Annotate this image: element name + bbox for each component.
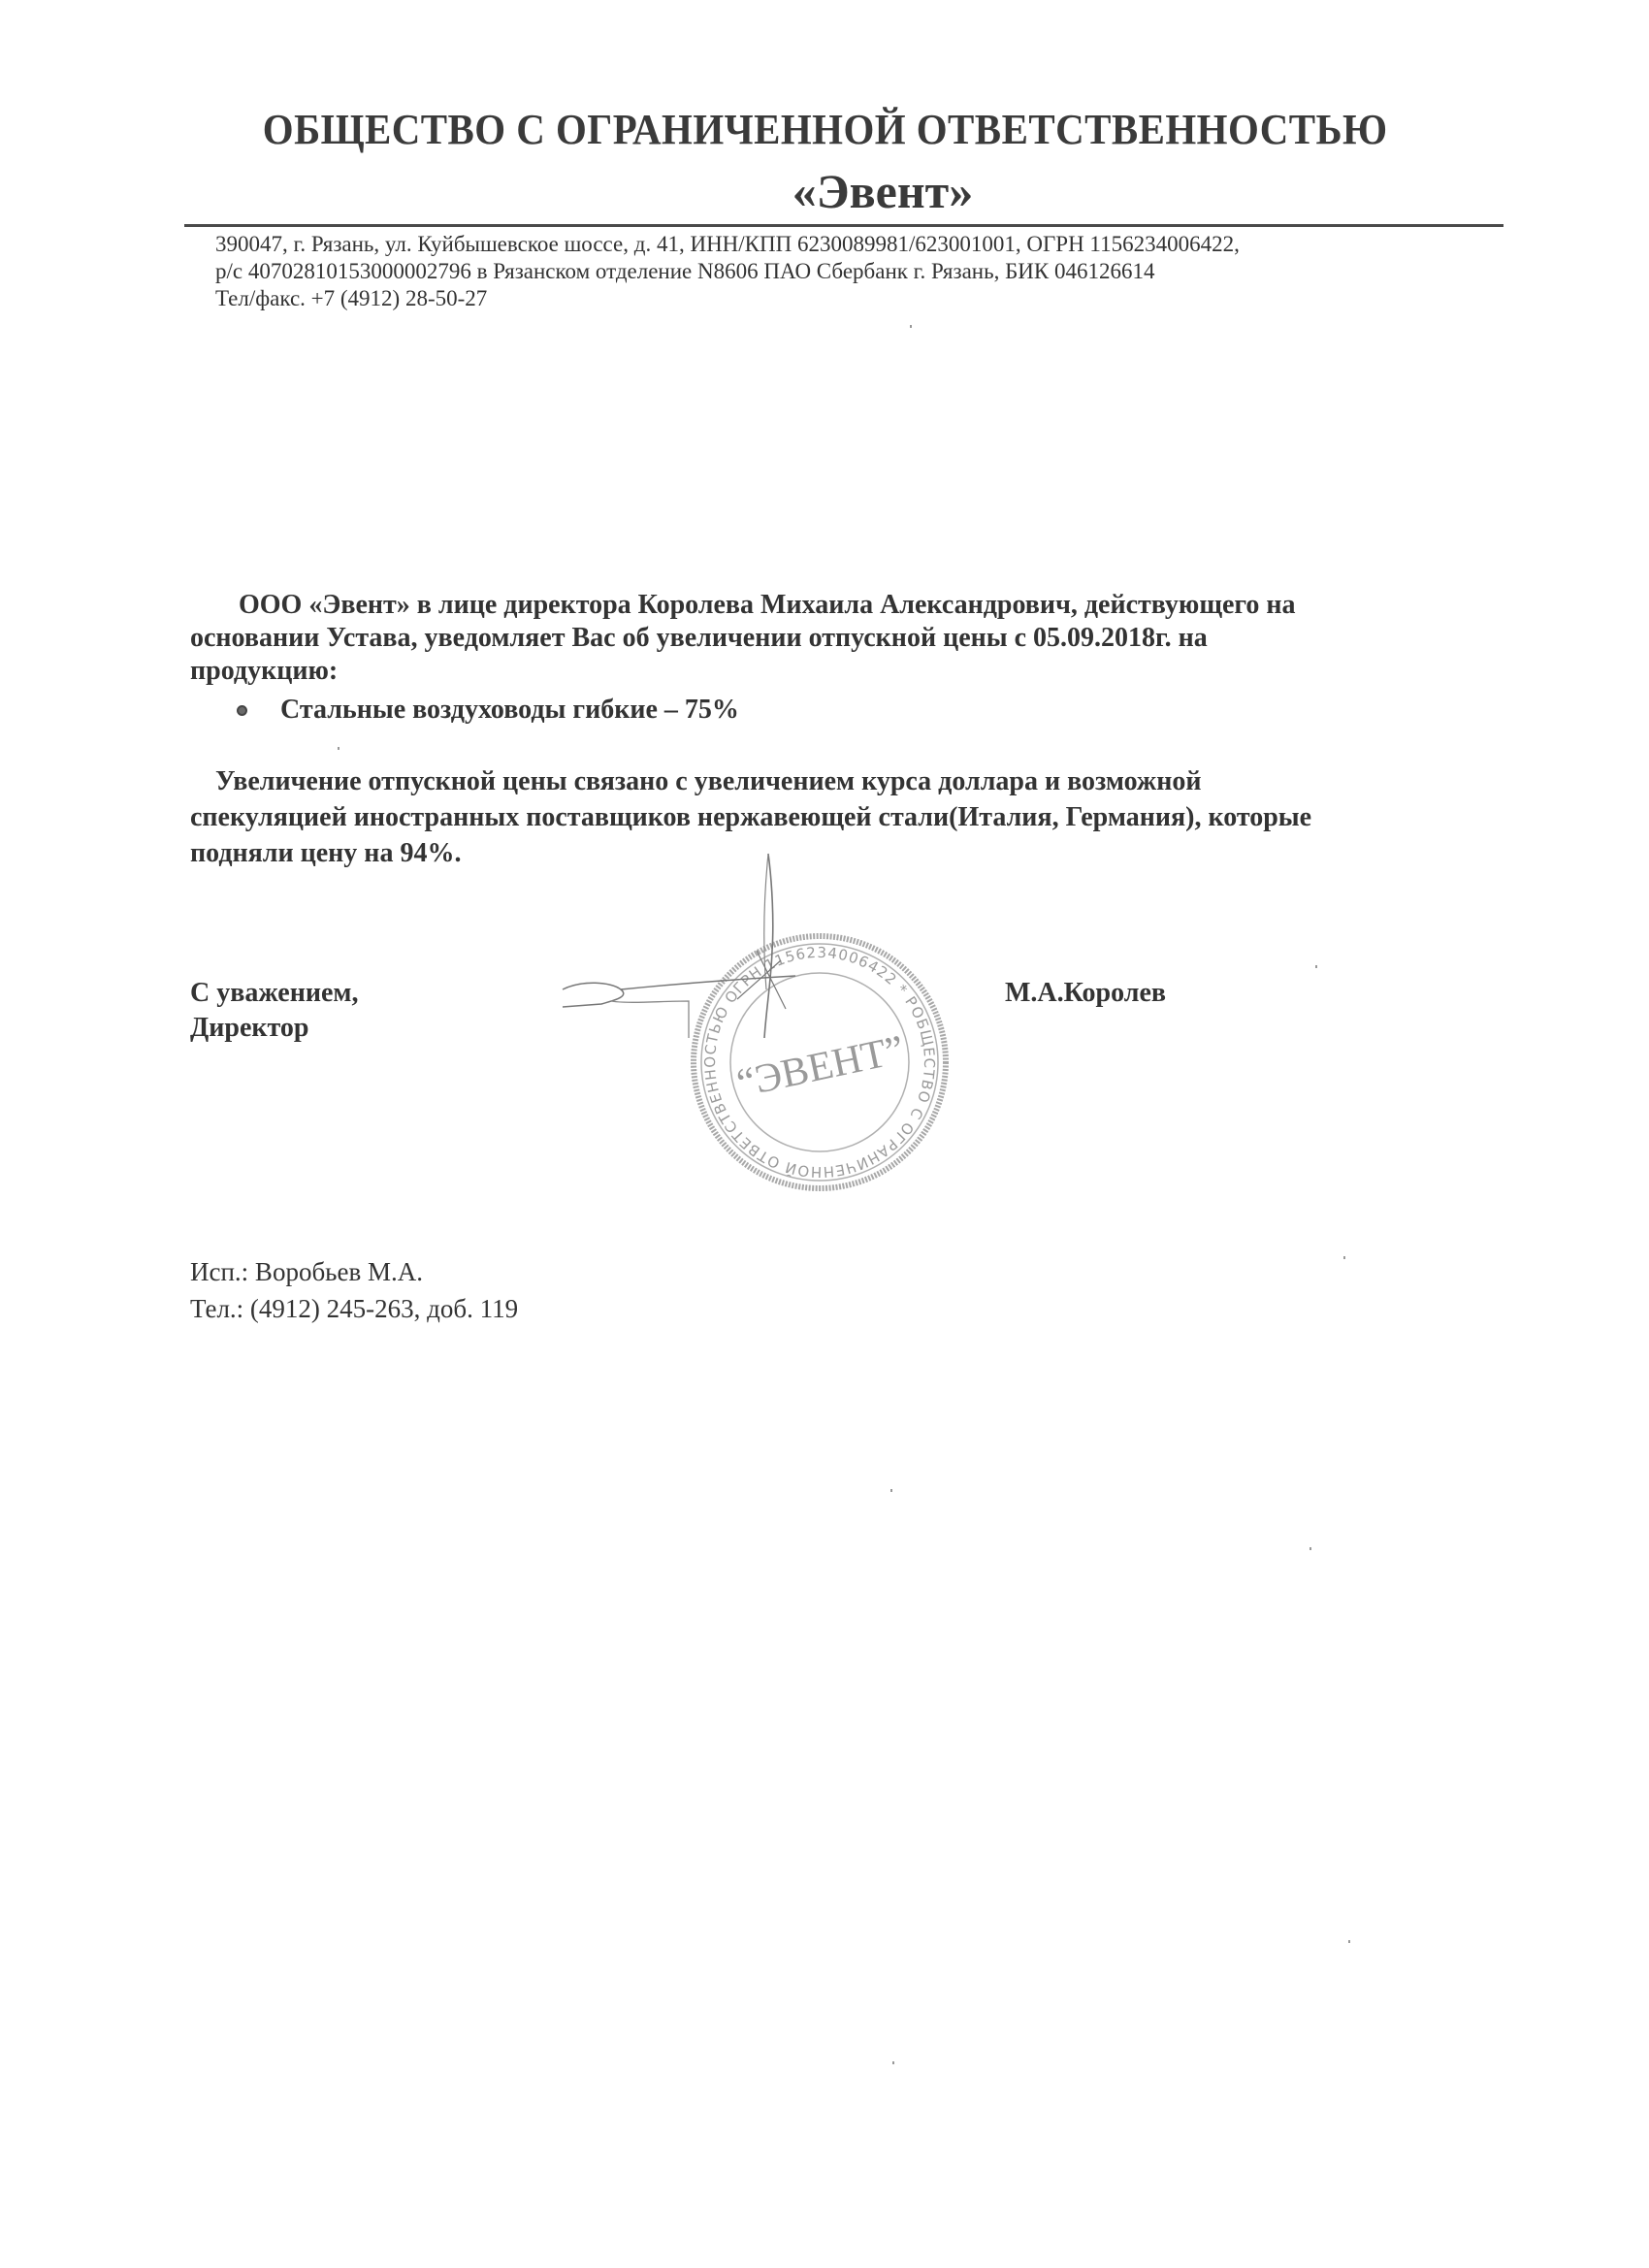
scan-speck	[338, 747, 339, 750]
letterhead-phone-line: Тел/факс. +7 (4912) 28-50-27	[215, 287, 487, 309]
bullet-icon	[237, 705, 247, 716]
scan-speck	[1309, 1547, 1311, 1550]
company-name: «Эвент»	[0, 163, 1649, 219]
executor-name: Исп.: Воробьев М.А.	[190, 1259, 423, 1285]
scan-speck	[890, 1489, 892, 1492]
scan-speck	[892, 2061, 894, 2064]
body-paragraph-1-line: основании Устава, уведомляет Вас об увел…	[190, 625, 1208, 652]
scan-speck	[1343, 1256, 1345, 1259]
signature-icon	[543, 844, 834, 1096]
scan-speck	[910, 325, 912, 328]
letterhead-divider	[184, 224, 1503, 227]
signer-position: Директор	[190, 1015, 309, 1042]
product-list-item-text: Стальные воздуховоды гибкие – 75%	[280, 697, 739, 724]
closing-text: С уважением,	[190, 980, 358, 1007]
body-paragraph-2-line: Увеличение отпускной цены связано с увел…	[215, 768, 1201, 795]
letterhead-title: ОБЩЕСТВО С ОГРАНИЧЕННОЙ ОТВЕТСТВЕННОСТЬЮ	[58, 105, 1592, 154]
scan-speck	[1348, 1940, 1350, 1943]
scan-speck	[1315, 965, 1317, 968]
product-list-item: Стальные воздуховоды гибкие – 75%	[237, 697, 739, 724]
letterhead-address-line: 390047, г. Рязань, ул. Куйбышевское шосс…	[215, 233, 1240, 255]
body-paragraph-1-line: ООО «Эвент» в лице директора Королева Ми…	[239, 592, 1296, 619]
letter-page: ОБЩЕСТВО С ОГРАНИЧЕННОЙ ОТВЕТСТВЕННОСТЬЮ…	[0, 0, 1649, 2268]
body-paragraph-2-line: подняли цену на 94%.	[190, 840, 461, 867]
letterhead-bank-line: р/с 40702810153000002796 в Рязанском отд…	[215, 260, 1155, 282]
executor-phone: Тел.: (4912) 245-263, доб. 119	[190, 1296, 518, 1322]
body-paragraph-1-line: продукцию:	[190, 658, 338, 685]
signer-name: М.А.Королев	[1005, 980, 1166, 1007]
body-paragraph-2-line: спекуляцией иностранных поставщиков нерж…	[190, 804, 1311, 831]
